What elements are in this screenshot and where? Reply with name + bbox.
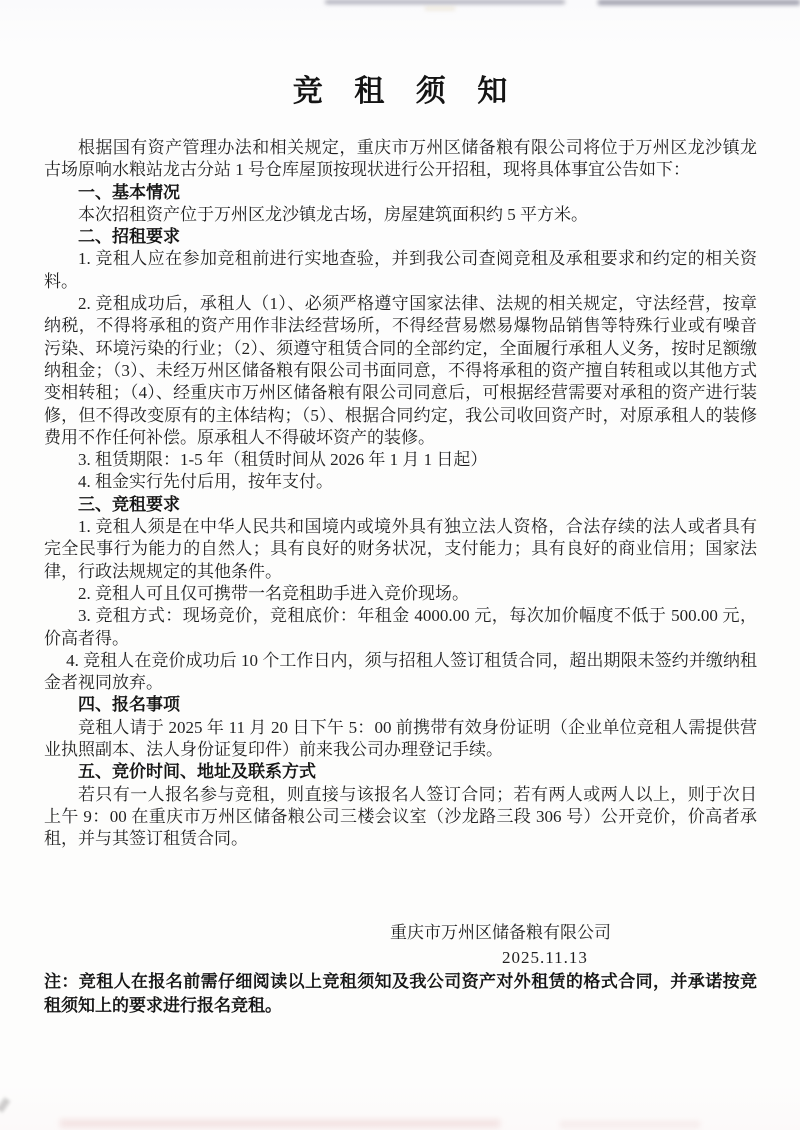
document-title: 竞租须知: [0, 66, 800, 110]
section-5-paragraph: 若只有一人报名参与竞租，则直接与该报名人签订合同；若有两人或两人以上，则于次日上…: [44, 784, 757, 851]
section-5-heading: 五、竞价时间、地址及联系方式: [44, 761, 757, 783]
document-body: 根据国有资产管理办法和相关规定，重庆市万州区储备粮有限公司将位于万州区龙沙镇龙古…: [44, 137, 757, 1019]
section-3-item-1: 1. 竞租人须是在中华人民共和国境内或境外具有独立法人资格，合法存续的法人或者具…: [44, 516, 757, 583]
footer-note: 注：竞租人在报名前需仔细阅读以上竞租须知及我公司资产对外租赁的格式合同，并承诺按…: [44, 970, 757, 1019]
section-2-item-2: 2. 竞租成功后，承租人（1）、必须严格遵守国家法律、法规的相关规定，守法经营，…: [44, 293, 757, 449]
section-3-heading: 三、竞租要求: [44, 494, 757, 516]
section-1-paragraph: 本次招租资产位于万州区龙沙镇龙古场，房屋建筑面积约 5 平方米。: [44, 204, 757, 226]
section-3-item-2: 2. 竞租人可且仅可携带一名竞租助手进入竞价现场。: [44, 583, 757, 605]
section-2-item-1: 1. 竞租人应在参加竞租前进行实地查验，并到我公司查阅竞租及承租要求和约定的相关…: [44, 248, 757, 293]
section-4-heading: 四、报名事项: [44, 694, 757, 716]
section-3-item-3: 3. 竞租方式：现场竞价，竞租底价：年租金 4000.00 元，每次加价幅度不低…: [44, 605, 757, 650]
scan-artifact-top: [325, 0, 565, 4]
signature-block: 重庆市万州区储备粮有限公司 2025.11.13: [44, 920, 757, 970]
section-2-heading: 二、招租要求: [44, 226, 757, 248]
section-4-paragraph: 竞租人请于 2025 年 11 月 20 日下午 5：00 前携带有效身份证明（…: [44, 717, 757, 762]
scan-artifact-corner: [0, 1097, 10, 1112]
scan-artifact-bottom: [60, 1119, 500, 1128]
section-2-item-4: 4. 租金实行先付后用，按年支付。: [44, 471, 757, 493]
signature-company: 重庆市万州区储备粮有限公司: [390, 920, 757, 945]
signature-date: 2025.11.13: [502, 945, 757, 970]
scan-artifact-top: [425, 7, 455, 10]
intro-paragraph: 根据国有资产管理办法和相关规定，重庆市万州区储备粮有限公司将位于万州区龙沙镇龙古…: [44, 137, 757, 182]
scanned-notice-page: { "doc": { "title": "竞租须知", "intro": "根据…: [0, 0, 800, 1130]
section-2-item-3: 3. 租赁期限：1-5 年（租赁时间从 2026 年 1 月 1 日起）: [44, 449, 757, 471]
section-1-heading: 一、基本情况: [44, 182, 757, 204]
scan-artifact-bottom: [560, 1121, 700, 1128]
notice-document: 竞租须知 根据国有资产管理办法和相关规定，重庆市万州区储备粮有限公司将位于万州区…: [0, 0, 800, 1130]
scan-artifact-top: [598, 0, 800, 5]
section-3-item-4: 4. 竞租人在竞价成功后 10 个工作日内，须与招租人签订租赁合同，超出期限未签…: [44, 650, 757, 695]
